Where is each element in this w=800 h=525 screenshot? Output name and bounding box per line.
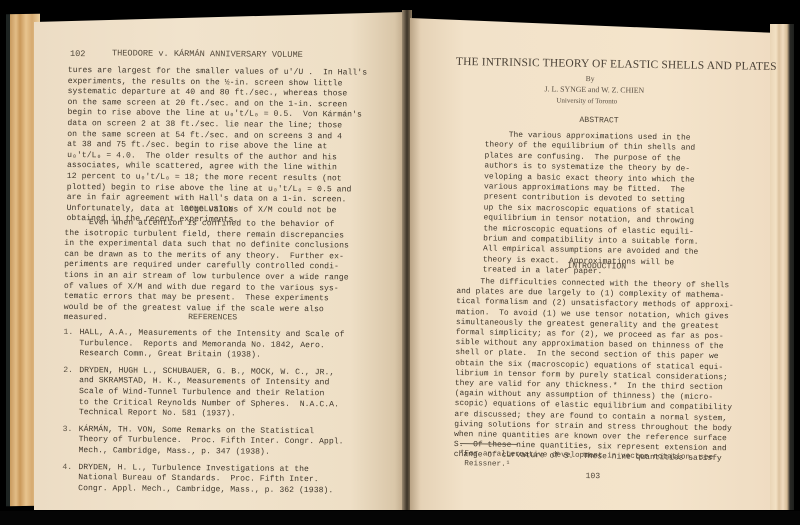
footnote: *For an alternative development in vecto…: [460, 449, 714, 473]
by-label: By: [586, 74, 595, 83]
right-page-content: THE INTRINSIC THEORY OF ELASTIC SHELLS A…: [0, 0, 800, 525]
authors: J. L. SYNGE and W. Z. CHIEN: [544, 84, 644, 95]
introduction-heading: INTRODUCTION: [547, 261, 647, 273]
article-title: THE INTRINSIC THEORY OF ELASTIC SHELLS A…: [456, 56, 777, 73]
open-book: 102 THEODORE v. KÁRMÁN ANNIVERSARY VOLUM…: [0, 0, 800, 525]
introduction-text: The difficulties connected with the theo…: [454, 277, 734, 465]
right-page-number: 103: [585, 472, 600, 483]
affiliation: University of Toronto: [556, 97, 617, 106]
abstract-text: The various approximations used in the t…: [483, 130, 701, 279]
abstract-heading: ABSTRACT: [559, 116, 639, 128]
